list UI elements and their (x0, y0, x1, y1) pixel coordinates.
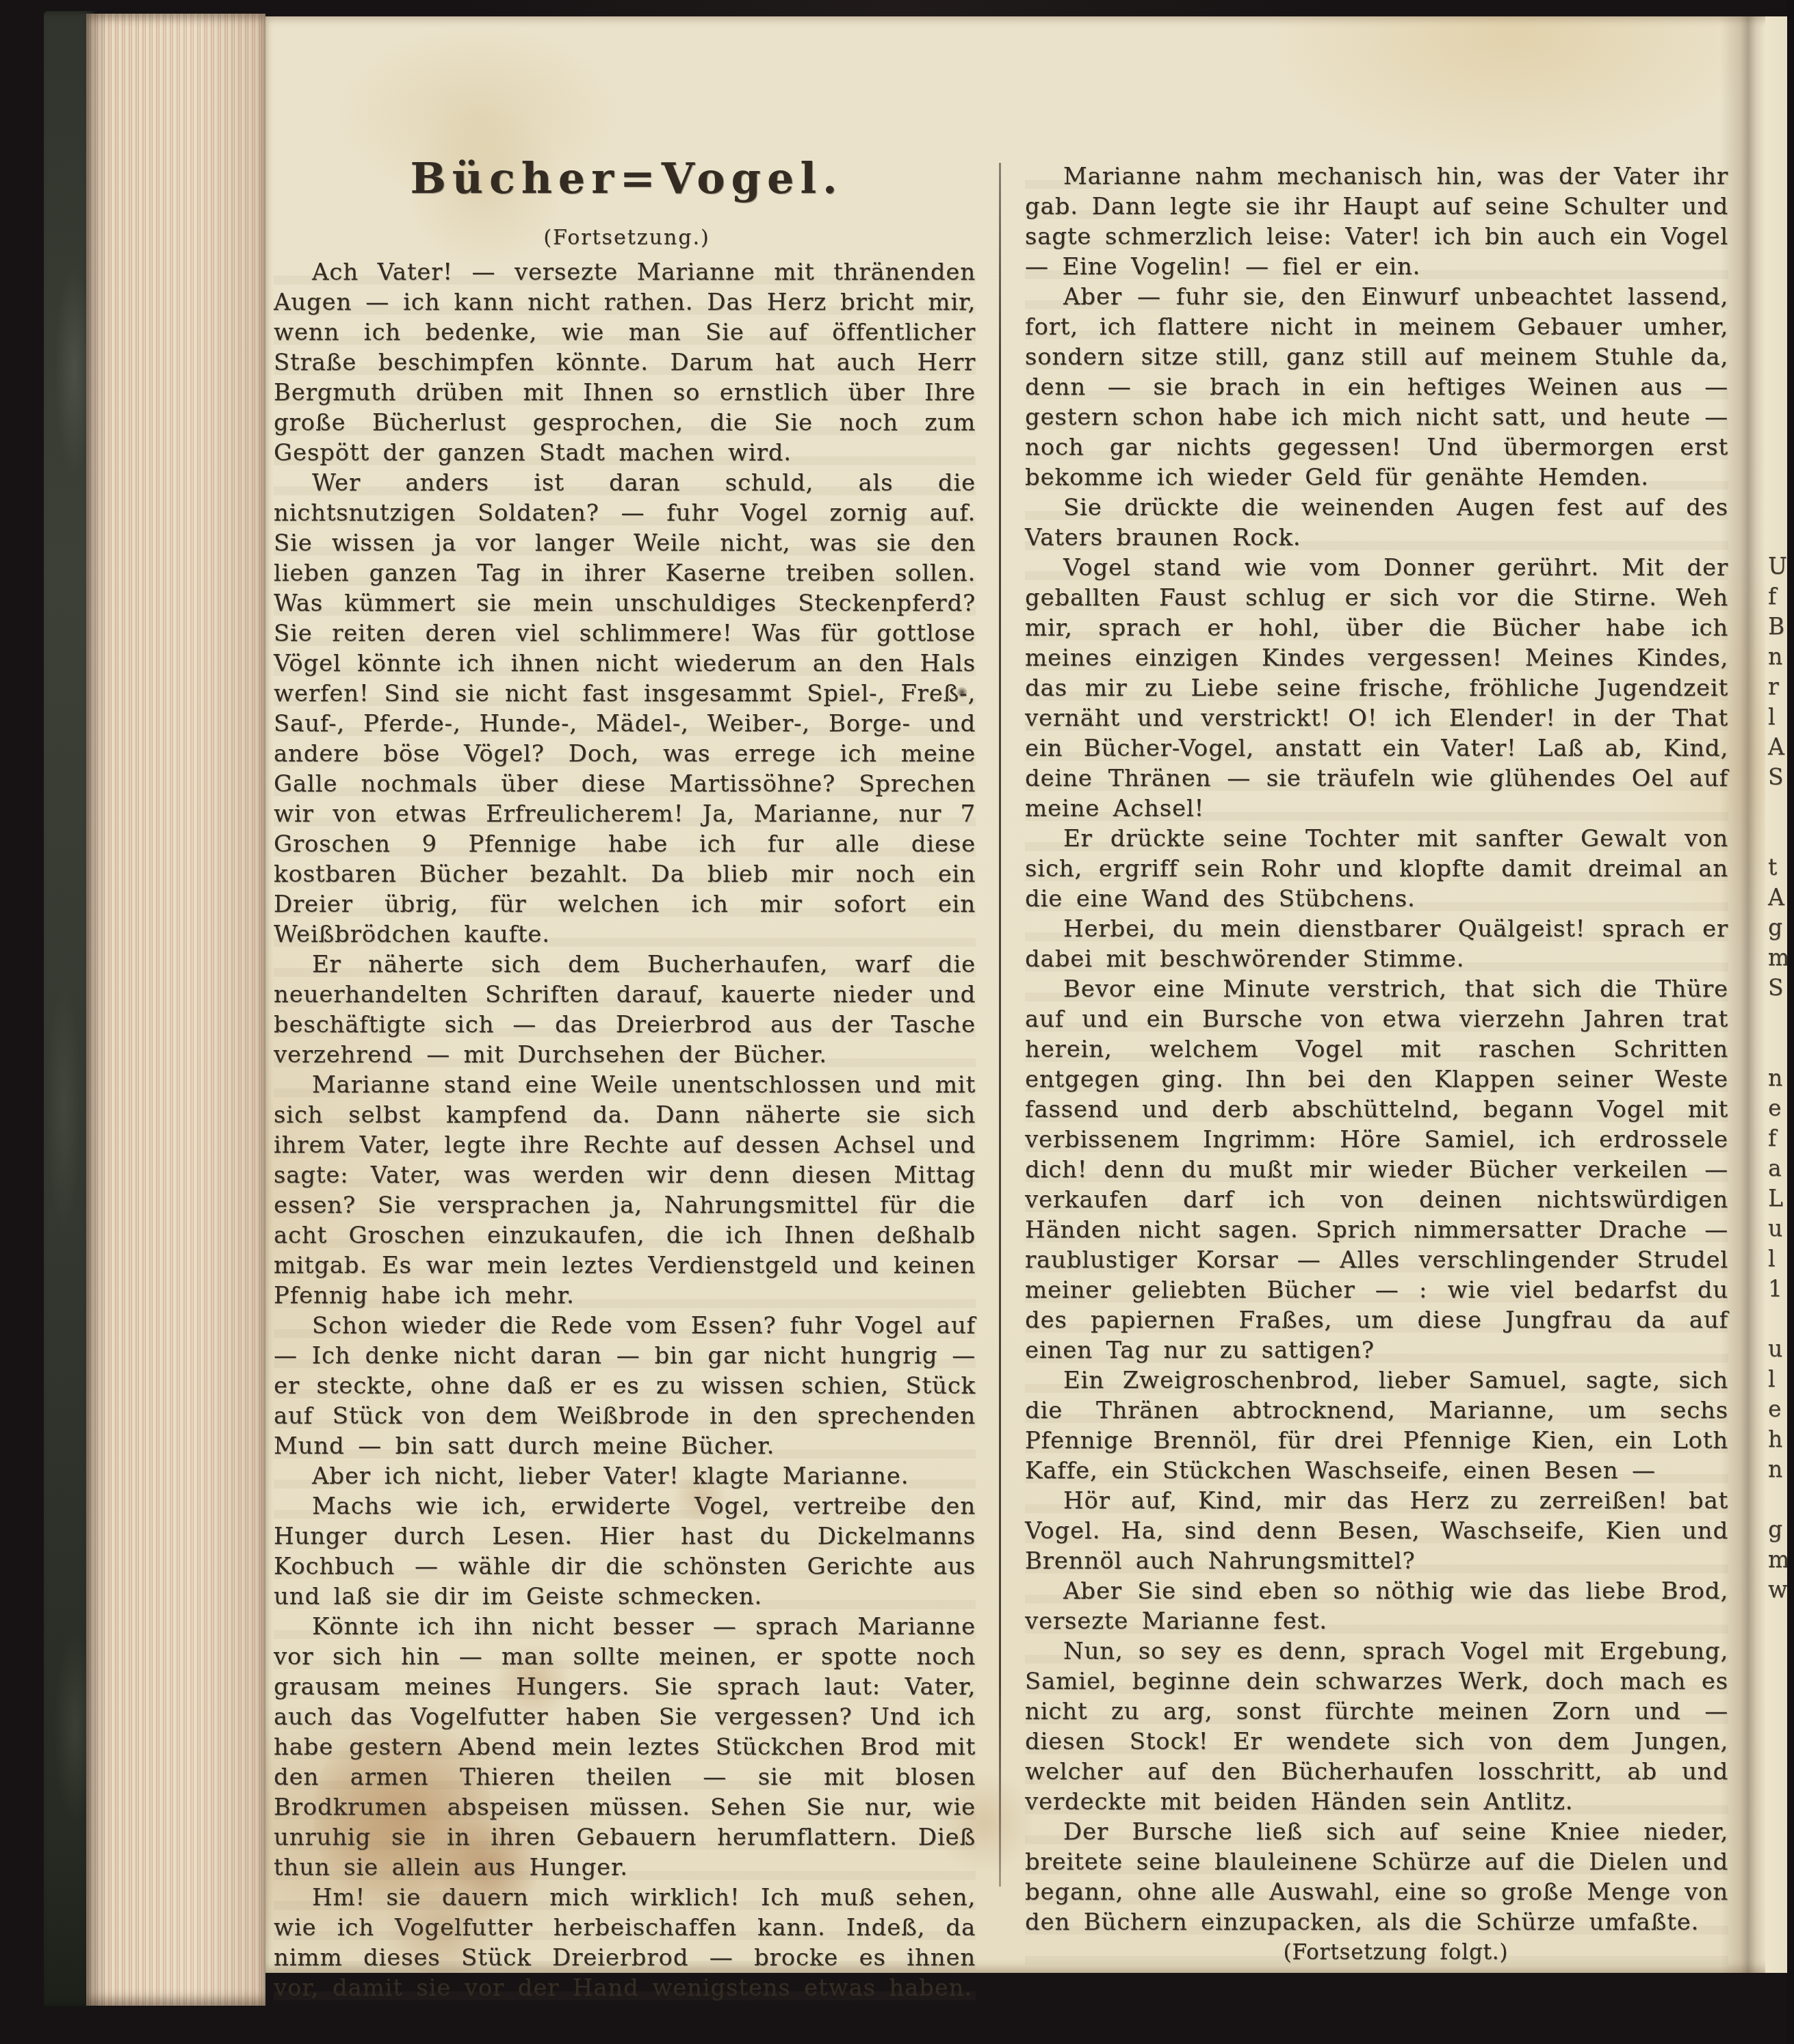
paragraph: Herbei, du mein dienstbarer Quälgeist! s… (1025, 914, 1728, 974)
paragraph: Wer anders ist daran schuld, als die nic… (274, 468, 976, 949)
right-column-text: Marianne nahm mechanisch hin, was der Va… (1025, 161, 1728, 1967)
paragraph: w (1768, 1575, 1787, 1605)
paragraph: L (1768, 1183, 1787, 1214)
paragraph: Vogel stand wie vom Donner gerührt. Mit … (1025, 553, 1728, 824)
column-divider-rule (999, 163, 1001, 1887)
paragraph: n (1768, 1454, 1787, 1484)
paragraph: Hör auf, Kind, mir das Herz zu zerreißen… (1025, 1486, 1728, 1576)
next-page-text-fragments: UfBnrlAStAgmSnefaLul1ulehngmw (1768, 551, 1787, 1605)
paragraph: Er drückte seine Tochter mit sanfter Gew… (1025, 824, 1728, 914)
paragraph: Könnte ich ihn nicht besser — sprach Mar… (274, 1612, 976, 1883)
paragraph: Nun, so sey es denn, sprach Vogel mit Er… (1025, 1636, 1728, 1817)
continuation-note: (Fortsetzung folgt.) (1025, 1937, 1728, 1967)
paragraph: U (1768, 551, 1787, 581)
page-gutter-fold (1720, 16, 1765, 1973)
article-subtitle: (Fortsetzung.) (271, 226, 983, 250)
paragraph: Bevor eine Minute verstrich, that sich d… (1025, 974, 1728, 1365)
paragraph (1768, 792, 1787, 822)
paragraph: Marianne nahm mechanisch hin, was der Va… (1025, 161, 1728, 282)
paragraph: Der Bursche ließ sich auf seine Kniee ni… (1025, 1817, 1728, 1937)
paragraph: f (1768, 581, 1787, 612)
paragraph: A (1768, 882, 1787, 913)
paragraph: Er näherte sich dem Bucherhaufen, warf d… (274, 949, 976, 1070)
page-edges-stack (86, 14, 265, 2006)
paragraph: Ach Vater! — versezte Marianne mit thrän… (274, 257, 976, 468)
photo-right-edge (1787, 0, 1794, 2044)
paragraph: Ein Zweigroschenbrod, lieber Samuel, sag… (1025, 1365, 1728, 1486)
paragraph: t (1768, 852, 1787, 882)
paragraph (1768, 1033, 1787, 1063)
paragraph: Aber — fuhr sie, den Einwurf unbeachtet … (1025, 282, 1728, 493)
paragraph: S (1768, 762, 1787, 792)
paragraph: Sie drückte die weinenden Augen fest auf… (1025, 493, 1728, 553)
next-page-sliver: UfBnrlAStAgmSnefaLul1ulehngmw (1765, 16, 1787, 1973)
paragraph: Machs wie ich, erwiderte Vogel, vertreib… (274, 1491, 976, 1612)
paragraph: 1 (1768, 1274, 1787, 1304)
paragraph: Hm! sie dauern mich wirklich! Ich muß se… (274, 1883, 976, 2003)
paragraph (1768, 822, 1787, 852)
paragraph: Aber Sie sind eben so nöthig wie das lie… (1025, 1576, 1728, 1636)
paragraph: h (1768, 1424, 1787, 1454)
paragraph (1768, 1304, 1787, 1334)
paragraph: u (1768, 1334, 1787, 1364)
paragraph: l (1768, 702, 1787, 732)
paragraph: m (1768, 1545, 1787, 1575)
paragraph: l (1768, 1364, 1787, 1394)
paragraph: f (1768, 1123, 1787, 1153)
left-column-text: Ach Vater! — versezte Marianne mit thrän… (274, 257, 976, 2003)
paragraph: S (1768, 973, 1787, 1003)
paragraph (1768, 1003, 1787, 1033)
paragraph: m (1768, 943, 1787, 973)
paragraph: n (1768, 1063, 1787, 1093)
paragraph: a (1768, 1153, 1787, 1183)
book-page: Bücher=Vogel. (Fortsetzung.) Ach Vater! … (265, 16, 1787, 1973)
paragraph: Schon wieder die Rede vom Essen? fuhr Vo… (274, 1311, 976, 1461)
paragraph: e (1768, 1394, 1787, 1424)
paragraph: e (1768, 1093, 1787, 1123)
paragraph: g (1768, 1515, 1787, 1545)
paragraph: Marianne stand eine Weile unentschlossen… (274, 1070, 976, 1311)
paragraph: u (1768, 1214, 1787, 1244)
paragraph (1768, 1484, 1787, 1515)
paragraph: r (1768, 672, 1787, 702)
paragraph: l (1768, 1244, 1787, 1274)
paragraph: B (1768, 612, 1787, 642)
article-title: Bücher=Vogel. (271, 153, 983, 203)
paragraph: n (1768, 642, 1787, 672)
paragraph: Aber ich nicht, lieber Vater! klagte Mar… (274, 1461, 976, 1491)
paragraph: A (1768, 732, 1787, 762)
paragraph: g (1768, 913, 1787, 943)
